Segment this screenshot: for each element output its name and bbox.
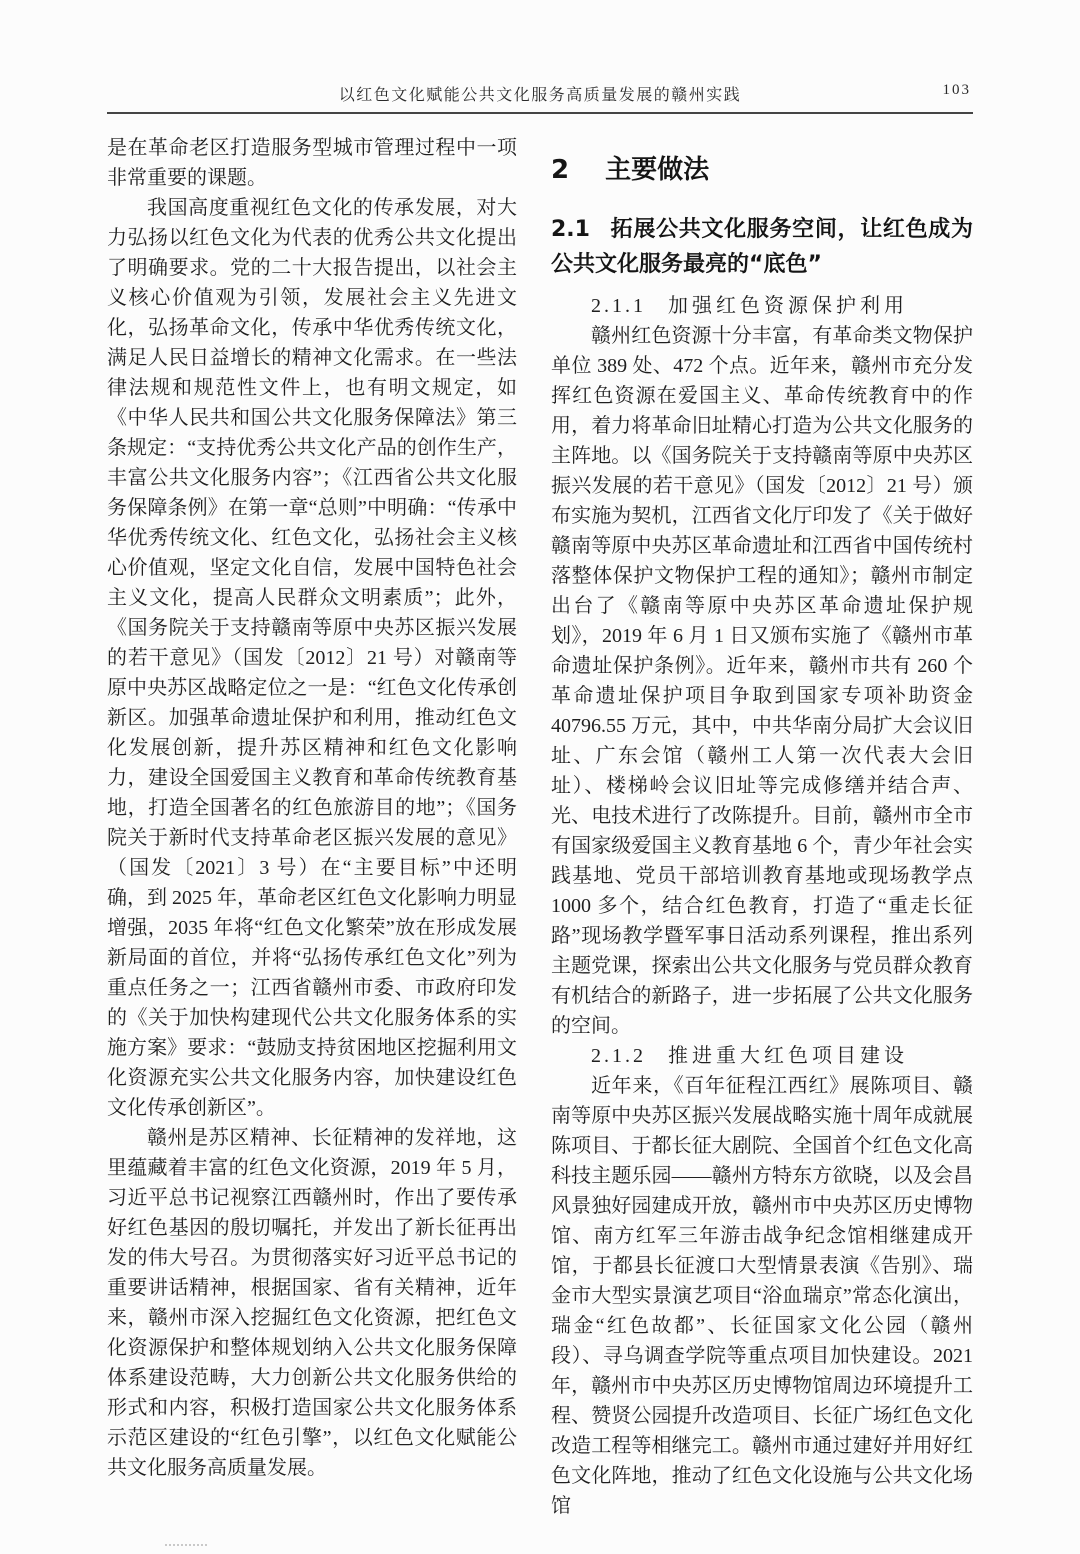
paragraph-continuation: 是在革命老区打造服务型城市管理过程中一项非常重要的课题。 (107, 133, 517, 193)
header-rule (107, 112, 973, 114)
subsubsection-number: 2.1.1 (591, 295, 646, 317)
subsubsection-title: 推进重大红色项目建设 (668, 1045, 908, 1067)
subsection-heading: 2.1拓展公共文化服务空间，让红色成为公共文化服务最亮的“底色” (551, 212, 973, 282)
content-columns: 是在革命老区打造服务型城市管理过程中一项非常重要的课题。 我国高度重视红色文化的… (107, 133, 973, 1521)
scan-artifact (165, 1544, 207, 1546)
paragraph: 我国高度重视红色文化的传承发展，对大力弘扬以红色文化为代表的优秀公共文化提出了明… (107, 193, 517, 1123)
section-number: 2 (551, 155, 569, 185)
running-header: 以红色文化赋能公共文化服务高质量发展的赣州实践 103 (107, 82, 973, 104)
paragraph: 近年来，《百年征程江西红》展陈项目、赣南等原中央苏区振兴发展战略实施十周年成就展… (551, 1071, 973, 1521)
paragraph: 赣州红色资源十分丰富，有革命类文物保护单位 389 处、472 个点。近年来，赣… (551, 321, 973, 1041)
right-column: 2主要做法 2.1拓展公共文化服务空间，让红色成为公共文化服务最亮的“底色” 2… (551, 133, 973, 1521)
subsection-number: 2.1 (551, 217, 590, 242)
page-number: 103 (943, 82, 972, 99)
subsubsection-heading-212: 2.1.2推进重大红色项目建设 (551, 1041, 973, 1071)
left-column: 是在革命老区打造服务型城市管理过程中一项非常重要的课题。 我国高度重视红色文化的… (107, 133, 517, 1521)
section-heading: 2主要做法 (551, 154, 973, 186)
subsubsection-title: 加强红色资源保护利用 (668, 295, 908, 317)
paper-page: 以红色文化赋能公共文化服务高质量发展的赣州实践 103 是在革命老区打造服务型城… (0, 0, 1080, 1554)
subsection-title: 拓展公共文化服务空间，让红色成为公共文化服务最亮的“底色” (551, 217, 973, 277)
paragraph: 赣州是苏区精神、长征精神的发祥地，这里蕴藏着丰富的红色文化资源，2019 年 5… (107, 1123, 517, 1483)
subsubsection-number: 2.1.2 (591, 1045, 646, 1067)
section-title: 主要做法 (605, 155, 709, 185)
running-header-title: 以红色文化赋能公共文化服务高质量发展的赣州实践 (107, 82, 973, 105)
subsubsection-heading-211: 2.1.1加强红色资源保护利用 (551, 291, 973, 321)
